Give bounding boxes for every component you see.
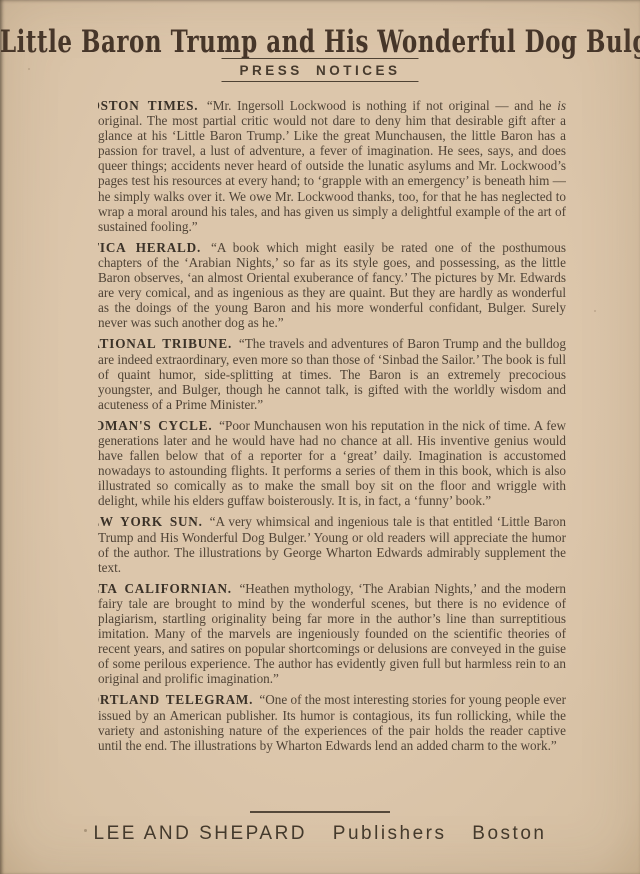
notice-text: “Mr. Ingersoll Lockwood is nothing if no…: [98, 98, 566, 234]
press-notice: ALTA CALIFORNIAN. “Heathen mythology, ‘T…: [98, 581, 566, 687]
press-notice: PORTLAND TELEGRAM. “One of the most inte…: [98, 692, 566, 752]
press-notice: NATIONAL TRIBUNE. “The travels and adven…: [98, 336, 566, 411]
publisher-footer: LEE AND SHEPARD Publishers Boston: [0, 811, 640, 845]
publisher-name: LEE AND SHEPARD: [94, 823, 307, 844]
press-notices-heading-box: PRESS NOTICES: [222, 58, 419, 82]
notice-source: UTICA HERALD.: [98, 240, 211, 255]
notice-source: BOSTON TIMES.: [98, 98, 207, 113]
page-title: Little Baron Trump and His Wonderful Dog…: [0, 24, 640, 60]
notice-source: NATIONAL TRIBUNE.: [98, 336, 239, 351]
notices-list: BOSTON TIMES. “Mr. Ingersoll Lockwood is…: [98, 98, 566, 806]
press-notice: NEW YORK SUN. “A very whimsical and inge…: [98, 514, 566, 574]
notice-source: WOMAN'S CYCLE.: [98, 418, 219, 433]
notice-source: ALTA CALIFORNIAN.: [98, 581, 239, 596]
notice-text: “Heathen mythology, ‘The Arabian Nights,…: [98, 581, 566, 687]
press-notice: WOMAN'S CYCLE. “Poor Munchausen won his …: [98, 418, 566, 509]
paper-speck: [28, 68, 30, 70]
notice-source: PORTLAND TELEGRAM.: [98, 692, 259, 707]
press-notice: BOSTON TIMES. “Mr. Ingersoll Lockwood is…: [98, 98, 566, 234]
press-notice: UTICA HERALD. “A book which might easily…: [98, 240, 566, 331]
paper-speck: [594, 310, 596, 312]
notice-source: NEW YORK SUN.: [98, 514, 210, 529]
publisher-role: Publishers: [333, 823, 447, 844]
publisher-city: Boston: [472, 823, 546, 844]
footer-rule: [250, 811, 390, 813]
press-notices-heading: PRESS NOTICES: [222, 63, 419, 78]
publisher-line: LEE AND SHEPARD Publishers Boston: [0, 823, 640, 845]
